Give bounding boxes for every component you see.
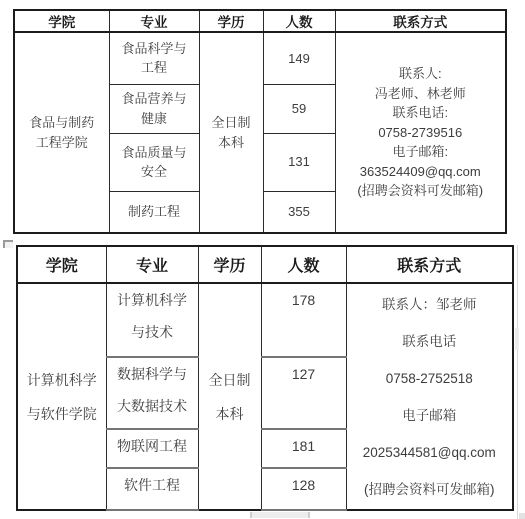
header-cell-count: 人数 [263,10,335,32]
count-cell: 181 [261,429,346,468]
table-header-row: 学院 专业 学历 人数 联系方式 [14,10,506,32]
major-cell: 软件工程 [106,468,198,510]
count-cell: 128 [261,468,346,510]
major-cell: 食品科学与 工程 [109,32,199,84]
college-name-cell: 食品与制药 工程学院 [14,32,109,233]
vertical-scrollbar-track [517,245,518,519]
horizontal-scrollbar-thumb[interactable] [250,512,310,518]
count-cell: 149 [263,32,335,84]
table-food-college: 学院 专业 学历 人数 联系方式 食品与制药 工程学院 食品科学与 工程 全日制… [13,9,507,234]
header-cell-education: 学历 [198,246,261,283]
count-cell: 127 [261,357,346,429]
table-computer-college: 学院 专业 学历 人数 联系方式 计算机科学 与软件学院 计算机科学 与技术 全… [16,245,514,511]
scrollbar-corner [519,513,525,519]
count-cell: 178 [261,283,346,357]
header-cell-college: 学院 [14,10,109,32]
table-header-row: 学院 专业 学历 人数 联系方式 [17,246,513,283]
count-cell: 131 [263,133,335,191]
major-cell: 数据科学与 大数据技术 [106,357,198,429]
header-cell-major: 专业 [109,10,199,32]
major-cell: 制药工程 [109,191,199,233]
table-row: 食品与制药 工程学院 食品科学与 工程 全日制 本科 149 联系人: 冯老师、… [14,32,506,84]
header-cell-count: 人数 [261,246,346,283]
contact-info-cell: 联系人: 冯老师、林老师 联系电话: 0758-2739516 电子邮箱: 36… [335,32,506,233]
header-cell-contact: 联系方式 [335,10,506,32]
major-cell: 物联网工程 [106,429,198,468]
table-row: 计算机科学 与软件学院 计算机科学 与技术 全日制 本科 178 联系人：邹老师… [17,283,513,357]
header-cell-contact: 联系方式 [346,246,513,283]
contact-info-cell: 联系人：邹老师 联系电话 0758-2752518 电子邮箱 202534458… [346,283,513,510]
major-cell: 食品营养与 健康 [109,84,199,133]
header-cell-major: 专业 [106,246,198,283]
table-move-handle-icon[interactable] [3,240,13,248]
college-name-cell: 计算机科学 与软件学院 [17,283,106,510]
header-cell-education: 学历 [199,10,263,32]
major-cell: 食品质量与 安全 [109,133,199,191]
count-cell: 355 [263,191,335,233]
vertical-scrollbar-thumb[interactable] [515,328,519,350]
header-cell-college: 学院 [17,246,106,283]
education-cell: 全日制 本科 [198,283,261,510]
count-cell: 59 [263,84,335,133]
major-cell: 计算机科学 与技术 [106,283,198,357]
education-cell: 全日制 本科 [199,32,263,233]
